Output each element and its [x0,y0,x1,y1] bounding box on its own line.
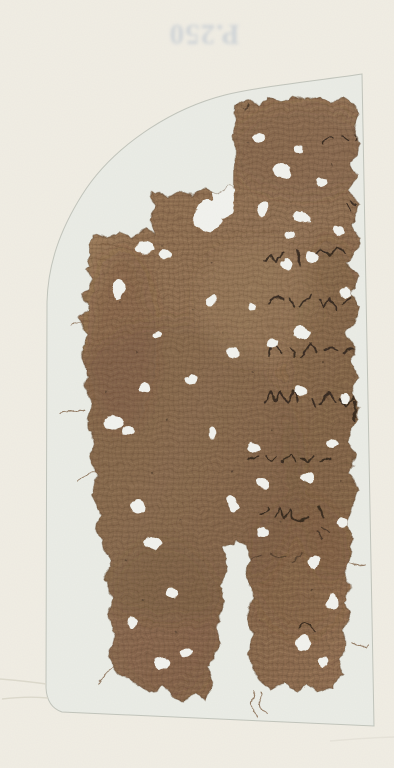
photo-canvas [0,0,394,768]
film-grain [0,0,394,768]
inventory-label: P.250 [146,16,262,52]
papyrus-photograph: P.250 [0,0,394,768]
